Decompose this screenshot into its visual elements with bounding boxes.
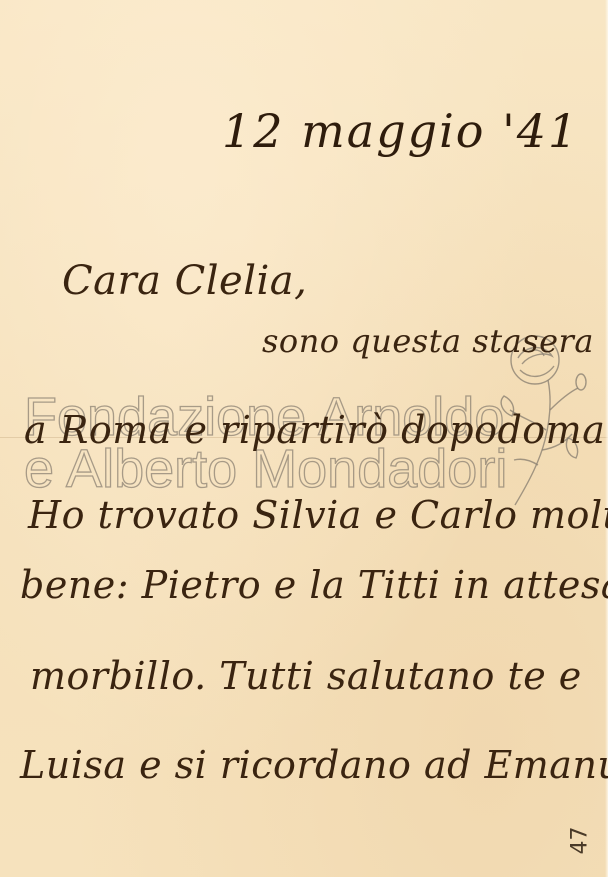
letter-line-6: Luisa e si ricordano ad Emanuele [20, 743, 608, 787]
letter-line-3: Ho trovato Silvia e Carlo molto [28, 493, 608, 537]
archive-page-number: 47 [568, 827, 593, 855]
letter-line-4: bene: Pietro e la Titti in attesa del [20, 563, 608, 607]
letter-line-2: a Roma e ripartirò dopodomani. [24, 408, 608, 452]
letter-salutation: Cara Clelia, [62, 258, 307, 304]
letter-page: 12 maggio '41 Cara Clelia, Fondazione Ar… [0, 0, 608, 877]
letter-date: 12 maggio '41 [222, 104, 579, 158]
letter-line-5: morbillo. Tutti salutano te e [30, 654, 582, 698]
letter-line-1: sono questa stasera [262, 322, 594, 360]
